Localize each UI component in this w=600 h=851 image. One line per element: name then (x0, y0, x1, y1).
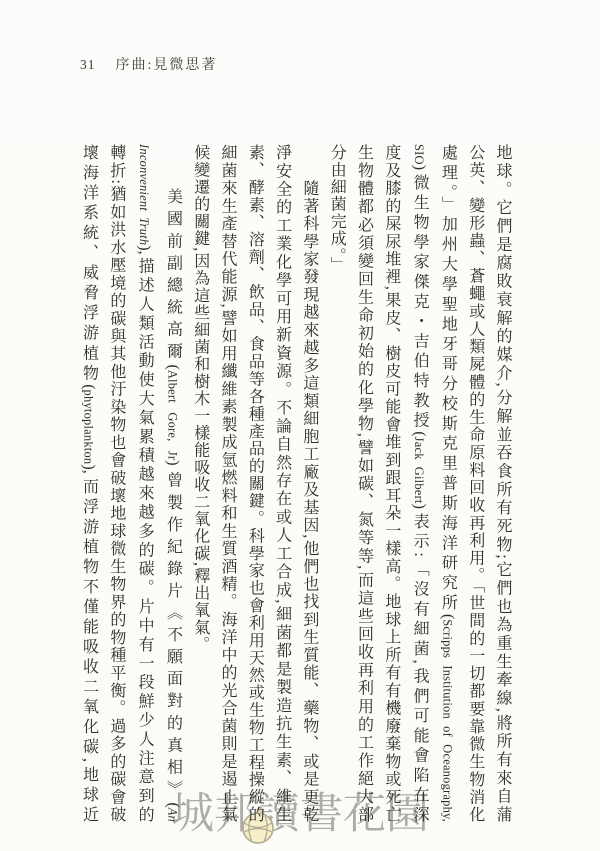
text-column: 轉折:猶如洪水壓境的碳與其他汙染物也會破壞地球微生物界的物種平衡。過多的碳會破 (103, 144, 130, 822)
cjk-run: )曾製作紀錄片《不願面對的真相》( (164, 460, 181, 807)
cjk-run: )微生物學家傑克・吉伯特教授( (411, 165, 428, 437)
text-column: 公英、變形蟲、蒼蠅或人類屍體的生命原料回收再利用。「世間的一切都要靠微生物消化 (461, 144, 488, 822)
text-column: 候變遷的關鍵,因為這些細菌和樹木一樣能吸收二氧化碳,釋出氧氣。 (186, 144, 213, 822)
text-column: 地球。它們是腐敗衰解的媒介,分解並吞食所有死物;它們也為重生牽線,將所有來自蒲 (489, 144, 516, 822)
latin-run: Scripps Institution of Oceanography, (440, 619, 454, 822)
page-header: 31序曲:見微思著 (80, 54, 217, 74)
cjk-run: )表示:「沒有細菌,我們可能會陷在深 (411, 504, 428, 822)
cjk-run: 生物體都必須變回生命初始的化學物,譬如碳、氮等等,而這些回收再利用的工作絕大部 (356, 144, 373, 822)
text-column: Inconvenient Truth),描述人類活動使大氣累積越來越多的碳。片中… (130, 144, 158, 822)
cjk-run: 度及膝的屎尿堆裡,果皮、樹皮可能會堆到跟耳朵一樣高。地球上所有有機廢棄物或死亡 (383, 144, 400, 822)
chapter-title: 序曲:見微思著 (116, 58, 218, 73)
latin-run: Jack Gilbert (412, 437, 426, 504)
cjk-run: 轉折:猶如洪水壓境的碳與其他汙染物也會破壞地球微生物界的物種平衡。過多的碳會破 (108, 144, 125, 822)
text-column: 素、酵素、溶劑、飲品、食品等各種產品的關鍵。科學家也會利用天然或生物工程操縱的 (241, 144, 268, 822)
text-column: 美國前副總統高爾(Albert Gore, Jr)曾製作紀錄片《不願面對的真相》… (158, 144, 186, 822)
text-column: 淨安全的工業化學可用新資源。不論自然存在或人工合成,細菌都是製造抗生素、維生 (268, 144, 295, 822)
text-column: SIO)微生物學家傑克・吉伯特教授(Jack Gilbert)表示:「沒有細菌,… (405, 144, 433, 822)
cjk-run: 壞海洋系統、威脅浮游植物( (81, 144, 98, 390)
cjk-run: 美國前副總統高爾( (164, 144, 181, 370)
cjk-run: 公英、變形蟲、蒼蠅或人類屍體的生命原料回收再利用。「世間的一切都要靠微生物消化 (467, 144, 484, 822)
text-column: 度及膝的屎尿堆裡,果皮、樹皮可能會堆到跟耳朵一樣高。地球上所有有機廢棄物或死亡 (378, 144, 405, 822)
cjk-run: 淨安全的工業化學可用新資源。不論自然存在或人工合成,細菌都是製造抗生素、維生 (274, 144, 291, 822)
text-column: 分由細菌完成。」 (323, 144, 350, 822)
cjk-run: 分由細菌完成。」 (328, 144, 345, 274)
page-number: 31 (80, 57, 96, 72)
latin-run: SIO (412, 144, 426, 165)
text-column: 壞海洋系統、威脅浮游植物(phytoplankton),而浮游植物不僅能吸收二氧… (74, 144, 102, 822)
text-block: 地球。它們是腐敗衰解的媒介,分解並吞食所有死物;它們也為重生牽線,將所有來自蒲公… (79, 144, 516, 822)
text-column: 生物體都必須變回生命初始的化學物,譬如碳、氮等等,而這些回收再利用的工作絕大部 (350, 144, 377, 822)
cjk-run: 素、酵素、溶劑、飲品、食品等各種產品的關鍵。科學家也會利用天然或生物工程操縱的 (246, 144, 263, 822)
latin-run: An (165, 808, 179, 822)
cjk-run: ),描述人類活動使大氣累積越來越多的碳。片中有一段鮮少人注意到的 (136, 245, 153, 822)
text-column: 隨著科學家發現越來越多這類細胞工廠及基因,他們也找到生質能、藥物、或是更乾 (296, 144, 323, 822)
cjk-run: 候變遷的關鍵,因為這些細菌和樹木一樣能吸收二氧化碳,釋出氧氣。 (192, 144, 209, 653)
text-column: 細菌來生產替代能源,譬如用纖維素製成氫燃料和生質酒精。海洋中的光合菌則是遏止氣 (214, 144, 241, 822)
cjk-run: 處理。」加州大學聖地牙哥分校斯克里普斯海洋研究所( (439, 144, 456, 619)
cjk-run: 地球。它們是腐敗衰解的媒介,分解並吞食所有死物;它們也為重生牽線,將所有來自蒲 (494, 144, 511, 822)
text-column: 處理。」加州大學聖地牙哥分校斯克里普斯海洋研究所(Scripps Institu… (433, 144, 461, 822)
latin-run: phytoplankton (82, 390, 96, 465)
book-page: 31序曲:見微思著 城邦讀書花園 地球。它們是腐敗衰解的媒介,分解並吞食所有死物… (0, 0, 600, 851)
latin-run: Inconvenient Truth (137, 144, 151, 245)
cjk-run: ),而浮游植物不僅能吸收二氧化碳,地球近 (81, 464, 98, 822)
cjk-run: 細菌來生產替代能源,譬如用纖維素製成氫燃料和生質酒精。海洋中的光合菌則是遏止氣 (219, 144, 236, 822)
latin-run: Albert Gore, Jr (165, 370, 179, 460)
cjk-run: 隨著科學家發現越來越多這類細胞工廠及基因,他們也找到生質能、藥物、或是更乾 (301, 144, 318, 822)
